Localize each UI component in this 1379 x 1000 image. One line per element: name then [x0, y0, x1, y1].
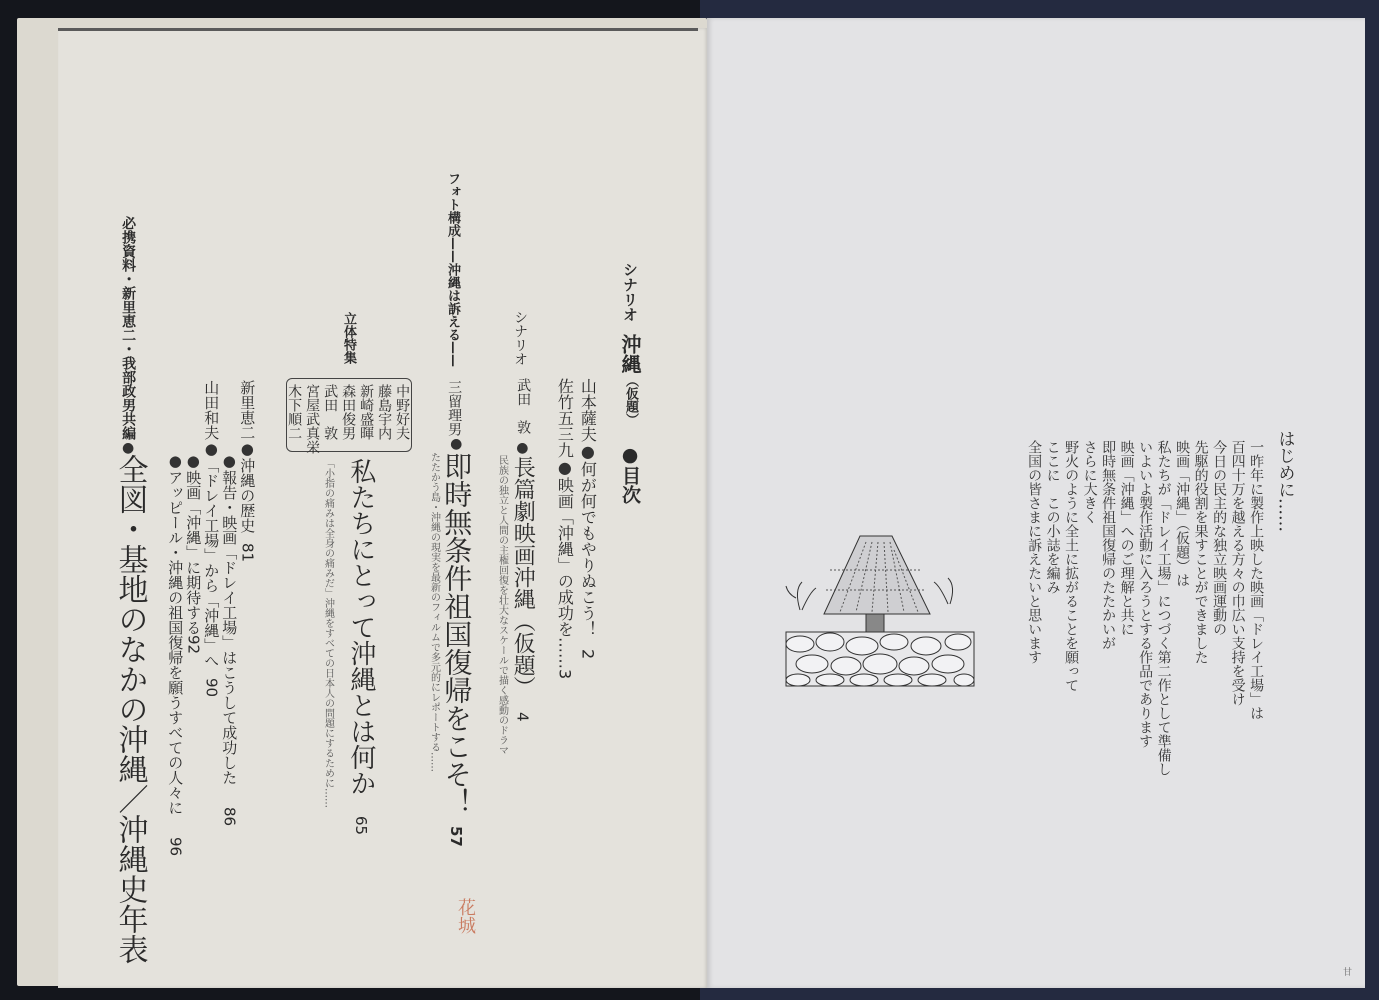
appendix-label-text: 必携資料・新里恵二・我部政男共編 — [120, 216, 136, 440]
red-seal-stamp: 花城 — [452, 898, 478, 934]
toc-marker: ●目次 — [619, 444, 641, 504]
intro-heading: はじめに…… — [1274, 430, 1294, 532]
intro-line: さらに大きく — [1082, 440, 1098, 524]
entry-page: 65 — [352, 816, 370, 835]
entry-3-category: シナリオ — [512, 310, 528, 366]
entry-4-description: たたかう島・沖縄の現実を最新のフィルムで多元的にレポートする…… — [428, 452, 440, 772]
entry-title: 映画「沖縄」の成功を…… — [555, 477, 574, 669]
intro-line: 映画「沖縄」へのご理解と共に — [1119, 440, 1135, 636]
entry-4-category: フォト構成——沖縄は訴える—— — [444, 172, 459, 367]
sub-entry-2[interactable]: ●報告・映画「ドレイ工場」はこうして成功した86 — [220, 452, 237, 826]
appendix-label: 必携資料・新里恵二・我部政男共編● — [120, 216, 136, 456]
intro-line: 私たちが「ドレイ工場」につづく第二作として準備し — [1156, 440, 1172, 776]
entry-page: 3 — [555, 669, 574, 679]
sub-entry-5[interactable]: ●アッピール・沖縄の祖国復帰を願うすべての人々に96 — [166, 452, 183, 856]
entry-5-author-7: 木下順二 — [286, 384, 302, 440]
toc-entry-3[interactable]: ●長篇劇映画沖縄（仮題）4 — [510, 440, 535, 722]
intro-line: 全国の皆さまに訴えたいと思います — [1026, 440, 1042, 664]
entry-page: 86 — [220, 785, 237, 826]
intro-line: 百四十万を越える方々の巾広い支持を受け — [1230, 440, 1246, 706]
entry-page: 92 — [184, 635, 202, 654]
intro-line: 今日の民主的な独立映画運動の — [1211, 440, 1227, 636]
pencil-mark: 甘 — [1343, 965, 1352, 978]
sub-entry-1[interactable]: 新里恵二●沖縄の歴史81 — [238, 380, 255, 562]
entry-3-description: 民族の独立と人間の主権回復を壮大なスケールで描く感動のドラマ — [496, 455, 508, 755]
entry-author: 佐竹五三九 — [555, 378, 574, 458]
entry-page: 2 — [578, 649, 597, 659]
house-illustration — [780, 520, 980, 690]
intro-line: 先駆的役割を果すことができました — [1193, 440, 1209, 664]
toc-header: シナリオ沖縄（仮題）●目次 — [618, 262, 641, 504]
toc-label: シナリオ — [621, 262, 639, 322]
entry-5-author-2: 藤島宇内 — [376, 384, 392, 440]
entry-5-author-6: 宮屋武真栄 — [304, 384, 320, 454]
toc-entry-4[interactable]: ●即時無条件祖国復帰をこそ！57 — [440, 436, 472, 847]
entry-title: 映画「沖縄」に期待する — [184, 470, 202, 635]
entry-title: 何が何でもやりぬこう！ — [578, 461, 597, 637]
entry-page: 4 — [513, 712, 531, 722]
entry-title: 報告・映画「ドレイ工場」はこうして成功した — [220, 470, 238, 785]
entry-title: アッピール・沖縄の祖国復帰を願うすべての人々に — [166, 470, 184, 815]
entry-title: 「ドレイ工場」から「沖縄」へ — [202, 458, 220, 668]
intro-line: いよいよ製作活動に入ろうとする作品であります — [1137, 440, 1153, 748]
entry-title: 長篇劇映画沖縄（仮題） — [510, 456, 535, 698]
intro-line: 野火のように全土に拡がることを願って — [1063, 440, 1079, 692]
entry-5-author-1: 中野好夫 — [394, 384, 410, 440]
entry-5-author-3: 新崎盛暉 — [358, 384, 374, 440]
intro-line: ここに この小誌を編み — [1045, 440, 1061, 594]
toc-entry-5[interactable]: 私たちにとって沖縄とは何か65 — [345, 458, 375, 835]
left-page-toc — [58, 28, 708, 988]
entry-5-category: 立体特集 — [340, 312, 355, 364]
entry-author: 新里恵二 — [238, 380, 256, 440]
entry-5-author-4: 森田俊男 — [340, 384, 356, 440]
entry-3-author: 武田 敦 — [515, 378, 531, 434]
entry-title: 沖縄の歴史 — [238, 458, 256, 533]
entry-author: 山田和夫 — [202, 380, 220, 440]
sub-entry-3[interactable]: 山田和夫●「ドレイ工場」から「沖縄」へ90 — [202, 380, 219, 697]
intro-line: 一昨年に製作上映した映画「ドレイ工場」は — [1248, 440, 1264, 720]
toc-entry-1[interactable]: 山本薩夫●何が何でもやりぬこう！2 — [578, 378, 596, 659]
entry-page: 81 — [238, 533, 255, 562]
entry-page: 96 — [166, 815, 183, 856]
toc-title: 沖縄 — [618, 334, 642, 374]
entry-5-author-5: 武田 敦 — [322, 384, 338, 440]
entry-page: 90 — [202, 668, 219, 697]
entry-5-description: 「小指の痛みは全身の痛みだ」沖縄をすべての日本人の問題にするために…… — [322, 458, 334, 808]
entry-author: 山本薩夫 — [578, 378, 597, 442]
toc-subtitle: （仮題） — [623, 374, 638, 426]
page-edge-line — [58, 28, 698, 31]
entry-page: 57 — [447, 826, 465, 847]
sub-entry-4[interactable]: ●映画「沖縄」に期待する92 — [184, 452, 201, 654]
appendix-title[interactable]: 全図・基地のなかの沖縄／沖縄史年表 — [112, 454, 147, 964]
intro-line: 映画「沖縄」（仮題）は — [1174, 440, 1190, 587]
toc-entry-2[interactable]: 佐竹五三九●映画「沖縄」の成功を……3 — [555, 378, 573, 679]
entry-title: 即時無条件祖国復帰をこそ！ — [440, 452, 473, 816]
intro-line: 即時無条件祖国復帰のたたかいが — [1100, 440, 1116, 650]
entry-title: 私たちにとって沖縄とは何か — [346, 458, 376, 796]
entry-4-author: 三留理男 — [446, 380, 462, 436]
